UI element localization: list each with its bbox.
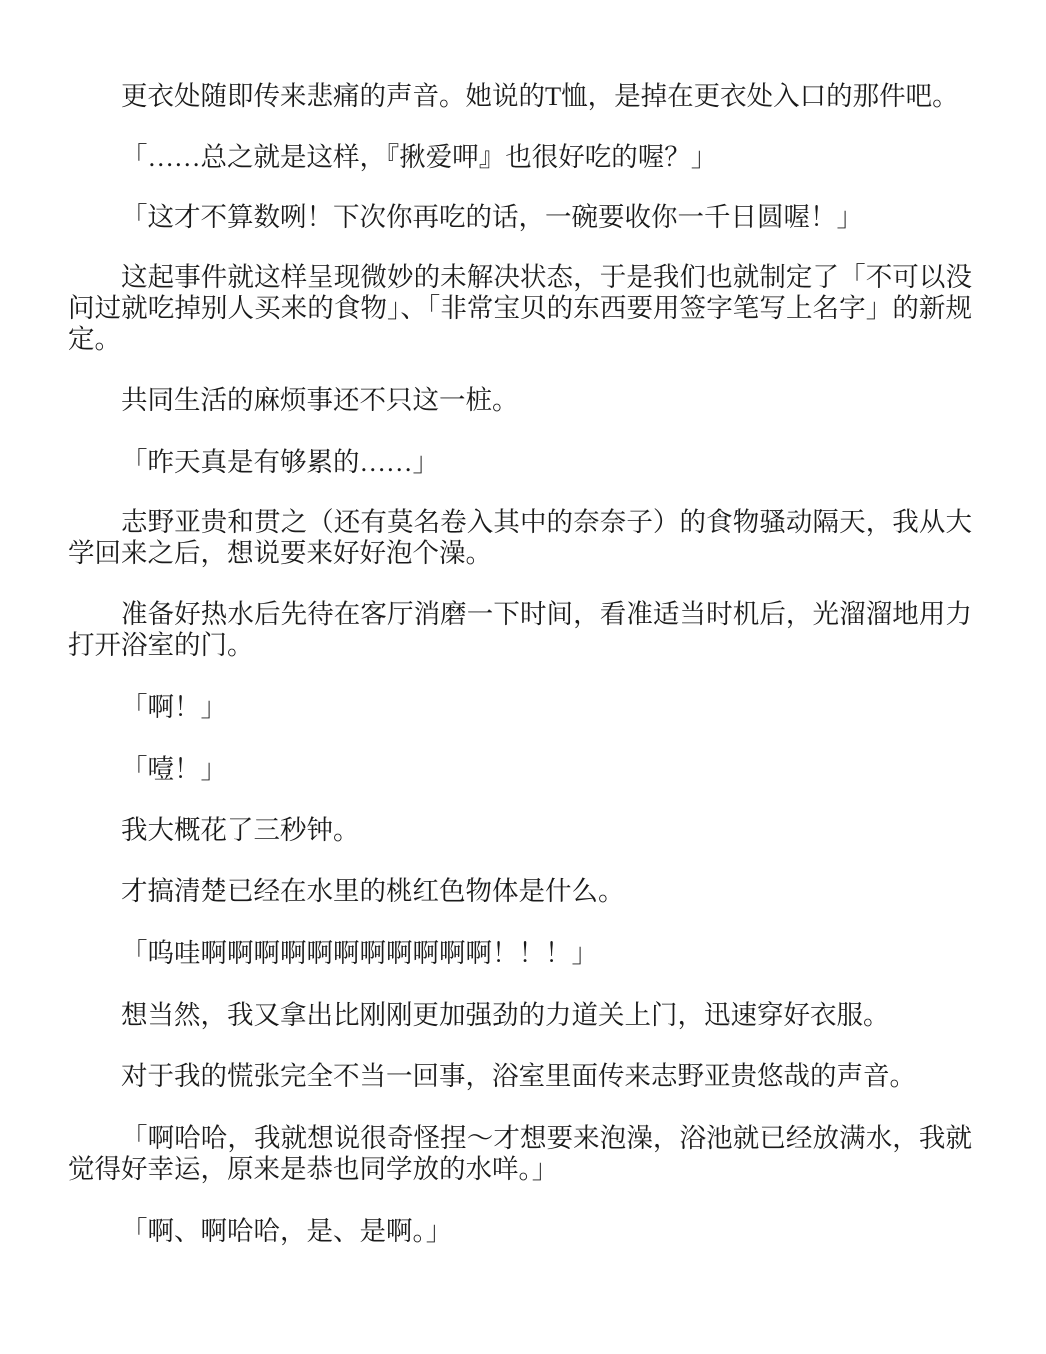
paragraph: 想当然，我又拿出比刚刚更加强劲的力道关上门，迅速穿好衣服。 [68, 1000, 972, 1031]
dialogue-paragraph: 「啊、啊哈哈，是、是啊。」 [68, 1216, 972, 1247]
dialogue-paragraph: 「昨天真是有够累的……」 [68, 447, 972, 478]
paragraph: 共同生活的麻烦事还不只这一桩。 [68, 385, 972, 416]
paragraph: 这起事件就这样呈现微妙的未解决状态，于是我们也就制定了「不可以没问过就吃掉别人买… [68, 262, 972, 355]
paragraph: 对于我的慌张完全不当一回事，浴室里面传来志野亚贵悠哉的声音。 [68, 1061, 972, 1092]
paragraph: 我大概花了三秒钟。 [68, 815, 972, 846]
dialogue-paragraph: 「呜哇啊啊啊啊啊啊啊啊啊啊啊！！！」 [68, 938, 972, 969]
dialogue-paragraph: 「啊！」 [68, 692, 972, 723]
paragraph: 才搞清楚已经在水里的桃红色物体是什么。 [68, 876, 972, 907]
dialogue-paragraph: 「……总之就是这样，『揪爱呷』也很好吃的喔？」 [68, 142, 972, 173]
paragraph: 更衣处随即传来悲痛的声音。她说的T恤，是掉在更衣处入口的那件吧。 [68, 81, 972, 112]
dialogue-paragraph: 「啊哈哈，我就想说很奇怪捏～才想要来泡澡，浴池就已经放满水，我就觉得好幸运，原来… [68, 1123, 972, 1185]
paragraph: 志野亚贵和贯之（还有莫名卷入其中的奈奈子）的食物骚动隔天，我从大学回来之后，想说… [68, 507, 972, 569]
paragraph: 准备好热水后先待在客厅消磨一下时间，看准适当时机后，光溜溜地用力打开浴室的门。 [68, 599, 972, 661]
dialogue-paragraph: 「这才不算数咧！下次你再吃的话，一碗要收你一千日圆喔！」 [68, 202, 972, 233]
dialogue-paragraph: 「噎！」 [68, 754, 972, 785]
